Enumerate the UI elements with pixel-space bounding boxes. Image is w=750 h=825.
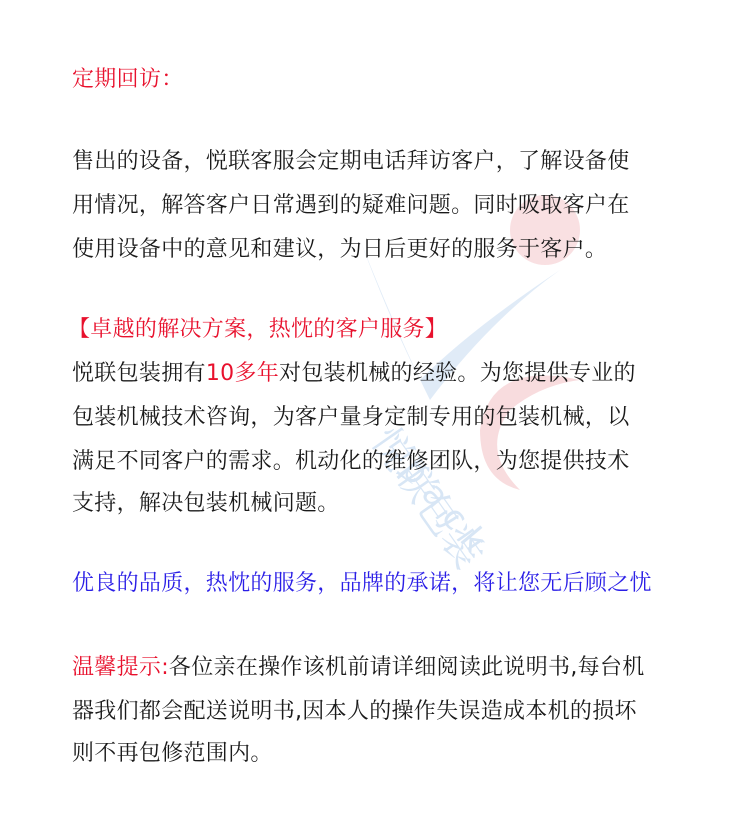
paragraph-line: 售出的设备，悦联客服会定期电话拜访客户，了解设备使 [72, 148, 630, 176]
slogan: 优良的品质，热忱的服务，品牌的承诺，将让您无后顾之忧 [72, 570, 652, 598]
paragraph-text: 悦联包装拥有 [72, 361, 206, 386]
paragraph-line: 使用设备中的意见和建议，为日后更好的服务于客户。 [72, 236, 607, 264]
paragraph-text: 对包装机械的经验。为您提供专业的 [279, 361, 636, 386]
notice-label: 温馨提示: [72, 655, 169, 680]
notice-line: 温馨提示:各位亲在操作该机前请详细阅读此说明书,每台机 [72, 654, 645, 682]
paragraph-line: 满足不同客户的需求。机动化的维修团队，为您提供技术 [72, 448, 630, 476]
paragraph-line: 包装机械技术咨询，为客户量身定制专用的包装机械，以 [72, 404, 630, 432]
highlight-years: 10多年 [206, 361, 279, 386]
notice-text: 各位亲在操作该机前请详细阅读此说明书,每台机 [169, 655, 645, 680]
paragraph-line: 悦联包装拥有10多年对包装机械的经验。为您提供专业的 [72, 360, 636, 388]
paragraph-line: 支持，解决包装机械问题。 [72, 490, 340, 518]
notice-line: 器我们都会配送说明书,因本人的操作失误造成本机的损坏 [72, 698, 637, 726]
paragraph-line: 用情况，解答客户日常遇到的疑难问题。同时吸取客户在 [72, 192, 630, 220]
notice-line: 则不再包修范围内。 [72, 740, 273, 768]
svg-text:悦联包装: 悦联包装 [362, 419, 491, 570]
section-heading-visits: 定期回访： [72, 66, 184, 94]
section-heading-solutions: 【卓越的解决方案，热忱的客户服务】 [68, 316, 447, 344]
